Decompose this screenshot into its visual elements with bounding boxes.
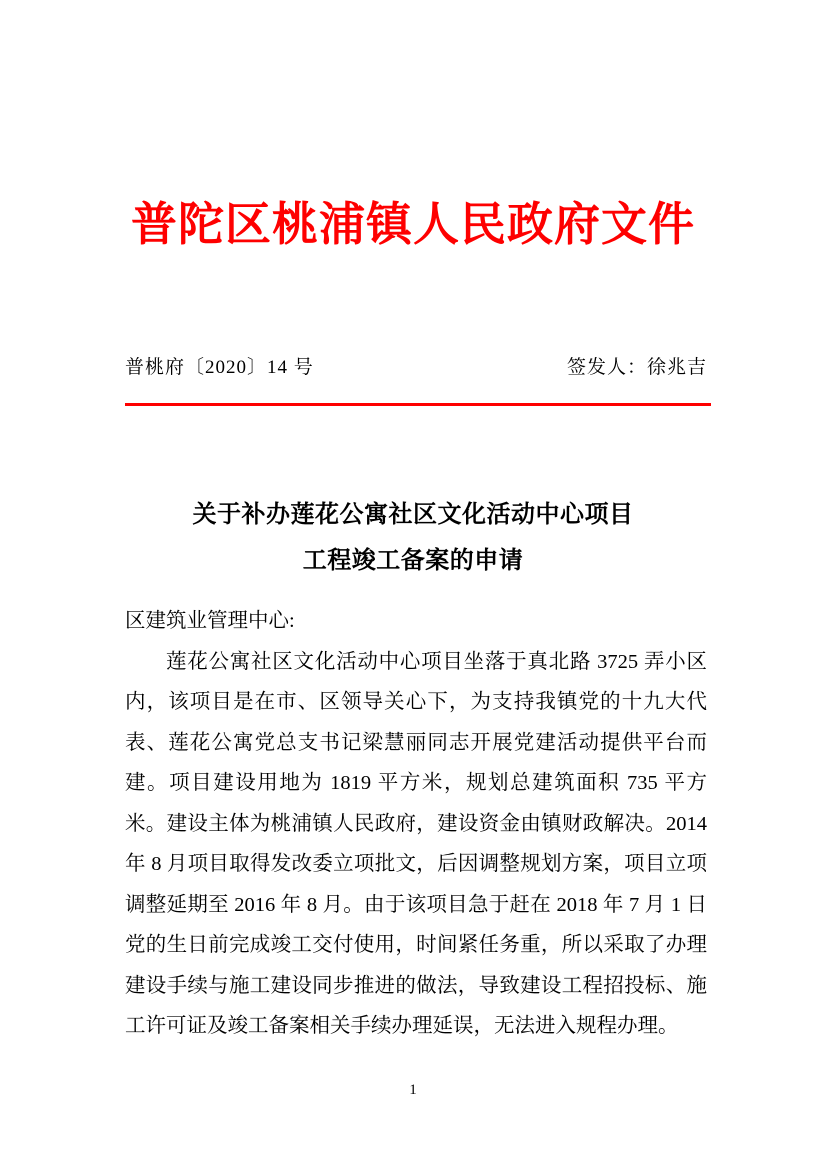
doc-number: 普桃府〔2020〕14 号 — [125, 352, 314, 379]
salutation: 区建筑业管理中心: — [125, 601, 707, 642]
document-title: 关于补办莲花公寓社区文化活动中心项目 工程竣工备案的申请 — [0, 492, 826, 584]
document-title-line1: 关于补办莲花公寓社区文化活动中心项目 — [0, 492, 826, 538]
document-page: 普陀区桃浦镇人民政府文件 普桃府〔2020〕14 号 签发人：徐兆吉 关于补办莲… — [0, 0, 826, 1169]
masthead-title: 普陀区桃浦镇人民政府文件 — [0, 188, 826, 254]
document-body: 区建筑业管理中心: 莲花公寓社区文化活动中心项目坐落于真北路 3725 弄小区内… — [125, 601, 707, 1047]
doc-info-row: 普桃府〔2020〕14 号 签发人：徐兆吉 — [125, 352, 707, 379]
document-title-line2: 工程竣工备案的申请 — [0, 538, 826, 584]
page-number: 1 — [0, 1082, 826, 1099]
signer-name: 签发人：徐兆吉 — [567, 352, 707, 379]
body-paragraph: 莲花公寓社区文化活动中心项目坐落于真北路 3725 弄小区内，该项目是在市、区领… — [125, 642, 707, 1047]
red-divider-line — [125, 403, 711, 406]
